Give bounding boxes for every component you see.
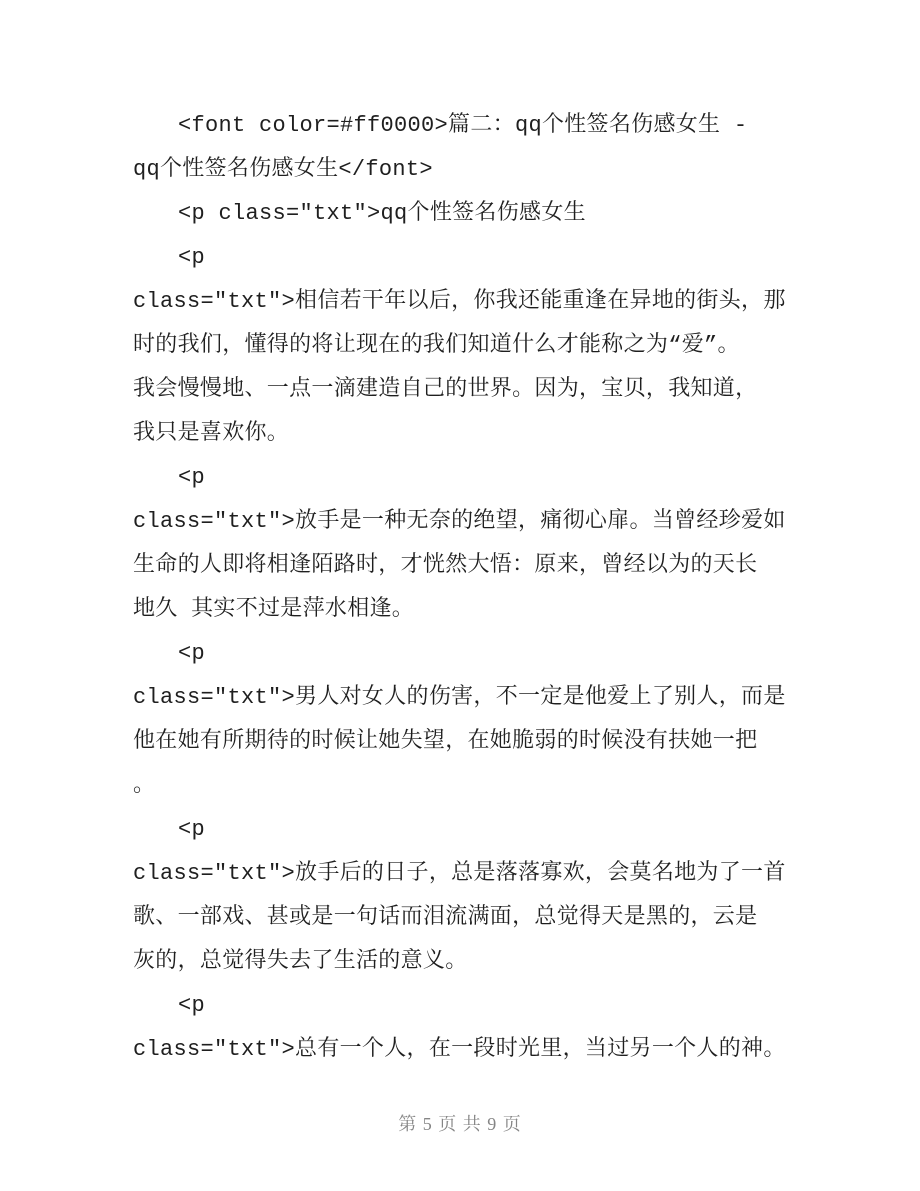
text-line: <p: [133, 632, 833, 676]
text-line: <p: [133, 984, 833, 1028]
text-line: 我只是喜欢你。: [133, 412, 833, 456]
text-line: <p: [133, 808, 833, 852]
page-number-indicator: 第 5 页 共 9 页: [398, 1114, 522, 1134]
text-line: 时的我们，懂得的将让现在的我们知道什么才能称之为“爱”。: [133, 324, 833, 368]
text-line: 他在她有所期待的时候让她失望，在她脆弱的时候没有扶她一把: [133, 720, 833, 764]
text-line: 歌、一部戏、甚或是一句话而泪流满面，总觉得天是黑的，云是: [133, 896, 833, 940]
document-body: <font color=#ff0000>篇二：qq个性签名伤感女生 -qq个性签…: [133, 104, 833, 1072]
text-line: class="txt">放手是一种无奈的绝望，痛彻心扉。当曾经珍爱如: [133, 500, 833, 544]
page-footer: 第 5 页 共 9 页: [0, 1112, 920, 1136]
text-line: <p: [133, 236, 833, 280]
text-line: 我会慢慢地、一点一滴建造自己的世界。因为，宝贝，我知道，: [133, 368, 833, 412]
text-line: class="txt">放手后的日子，总是落落寡欢，会莫名地为了一首: [133, 852, 833, 896]
text-line: <p class="txt">qq个性签名伤感女生: [133, 192, 833, 236]
text-line: 生命的人即将相逢陌路时，才恍然大悟：原来，曾经以为的天长: [133, 544, 833, 588]
document-page: <font color=#ff0000>篇二：qq个性签名伤感女生 -qq个性签…: [0, 0, 920, 1191]
text-line: 。: [133, 764, 833, 808]
text-line: class="txt">总有一个人，在一段时光里，当过另一个人的神。: [133, 1028, 833, 1072]
text-line: class="txt">男人对女人的伤害，不一定是他爱上了别人，而是: [133, 676, 833, 720]
text-line: <font color=#ff0000>篇二：qq个性签名伤感女生 -: [133, 104, 833, 148]
text-line: 灰的，总觉得失去了生活的意义。: [133, 940, 833, 984]
text-line: <p: [133, 456, 833, 500]
text-line: class="txt">相信若干年以后，你我还能重逢在异地的街头，那: [133, 280, 833, 324]
text-line: qq个性签名伤感女生</font>: [133, 148, 833, 192]
text-line: 地久 其实不过是萍水相逢。: [133, 588, 833, 632]
